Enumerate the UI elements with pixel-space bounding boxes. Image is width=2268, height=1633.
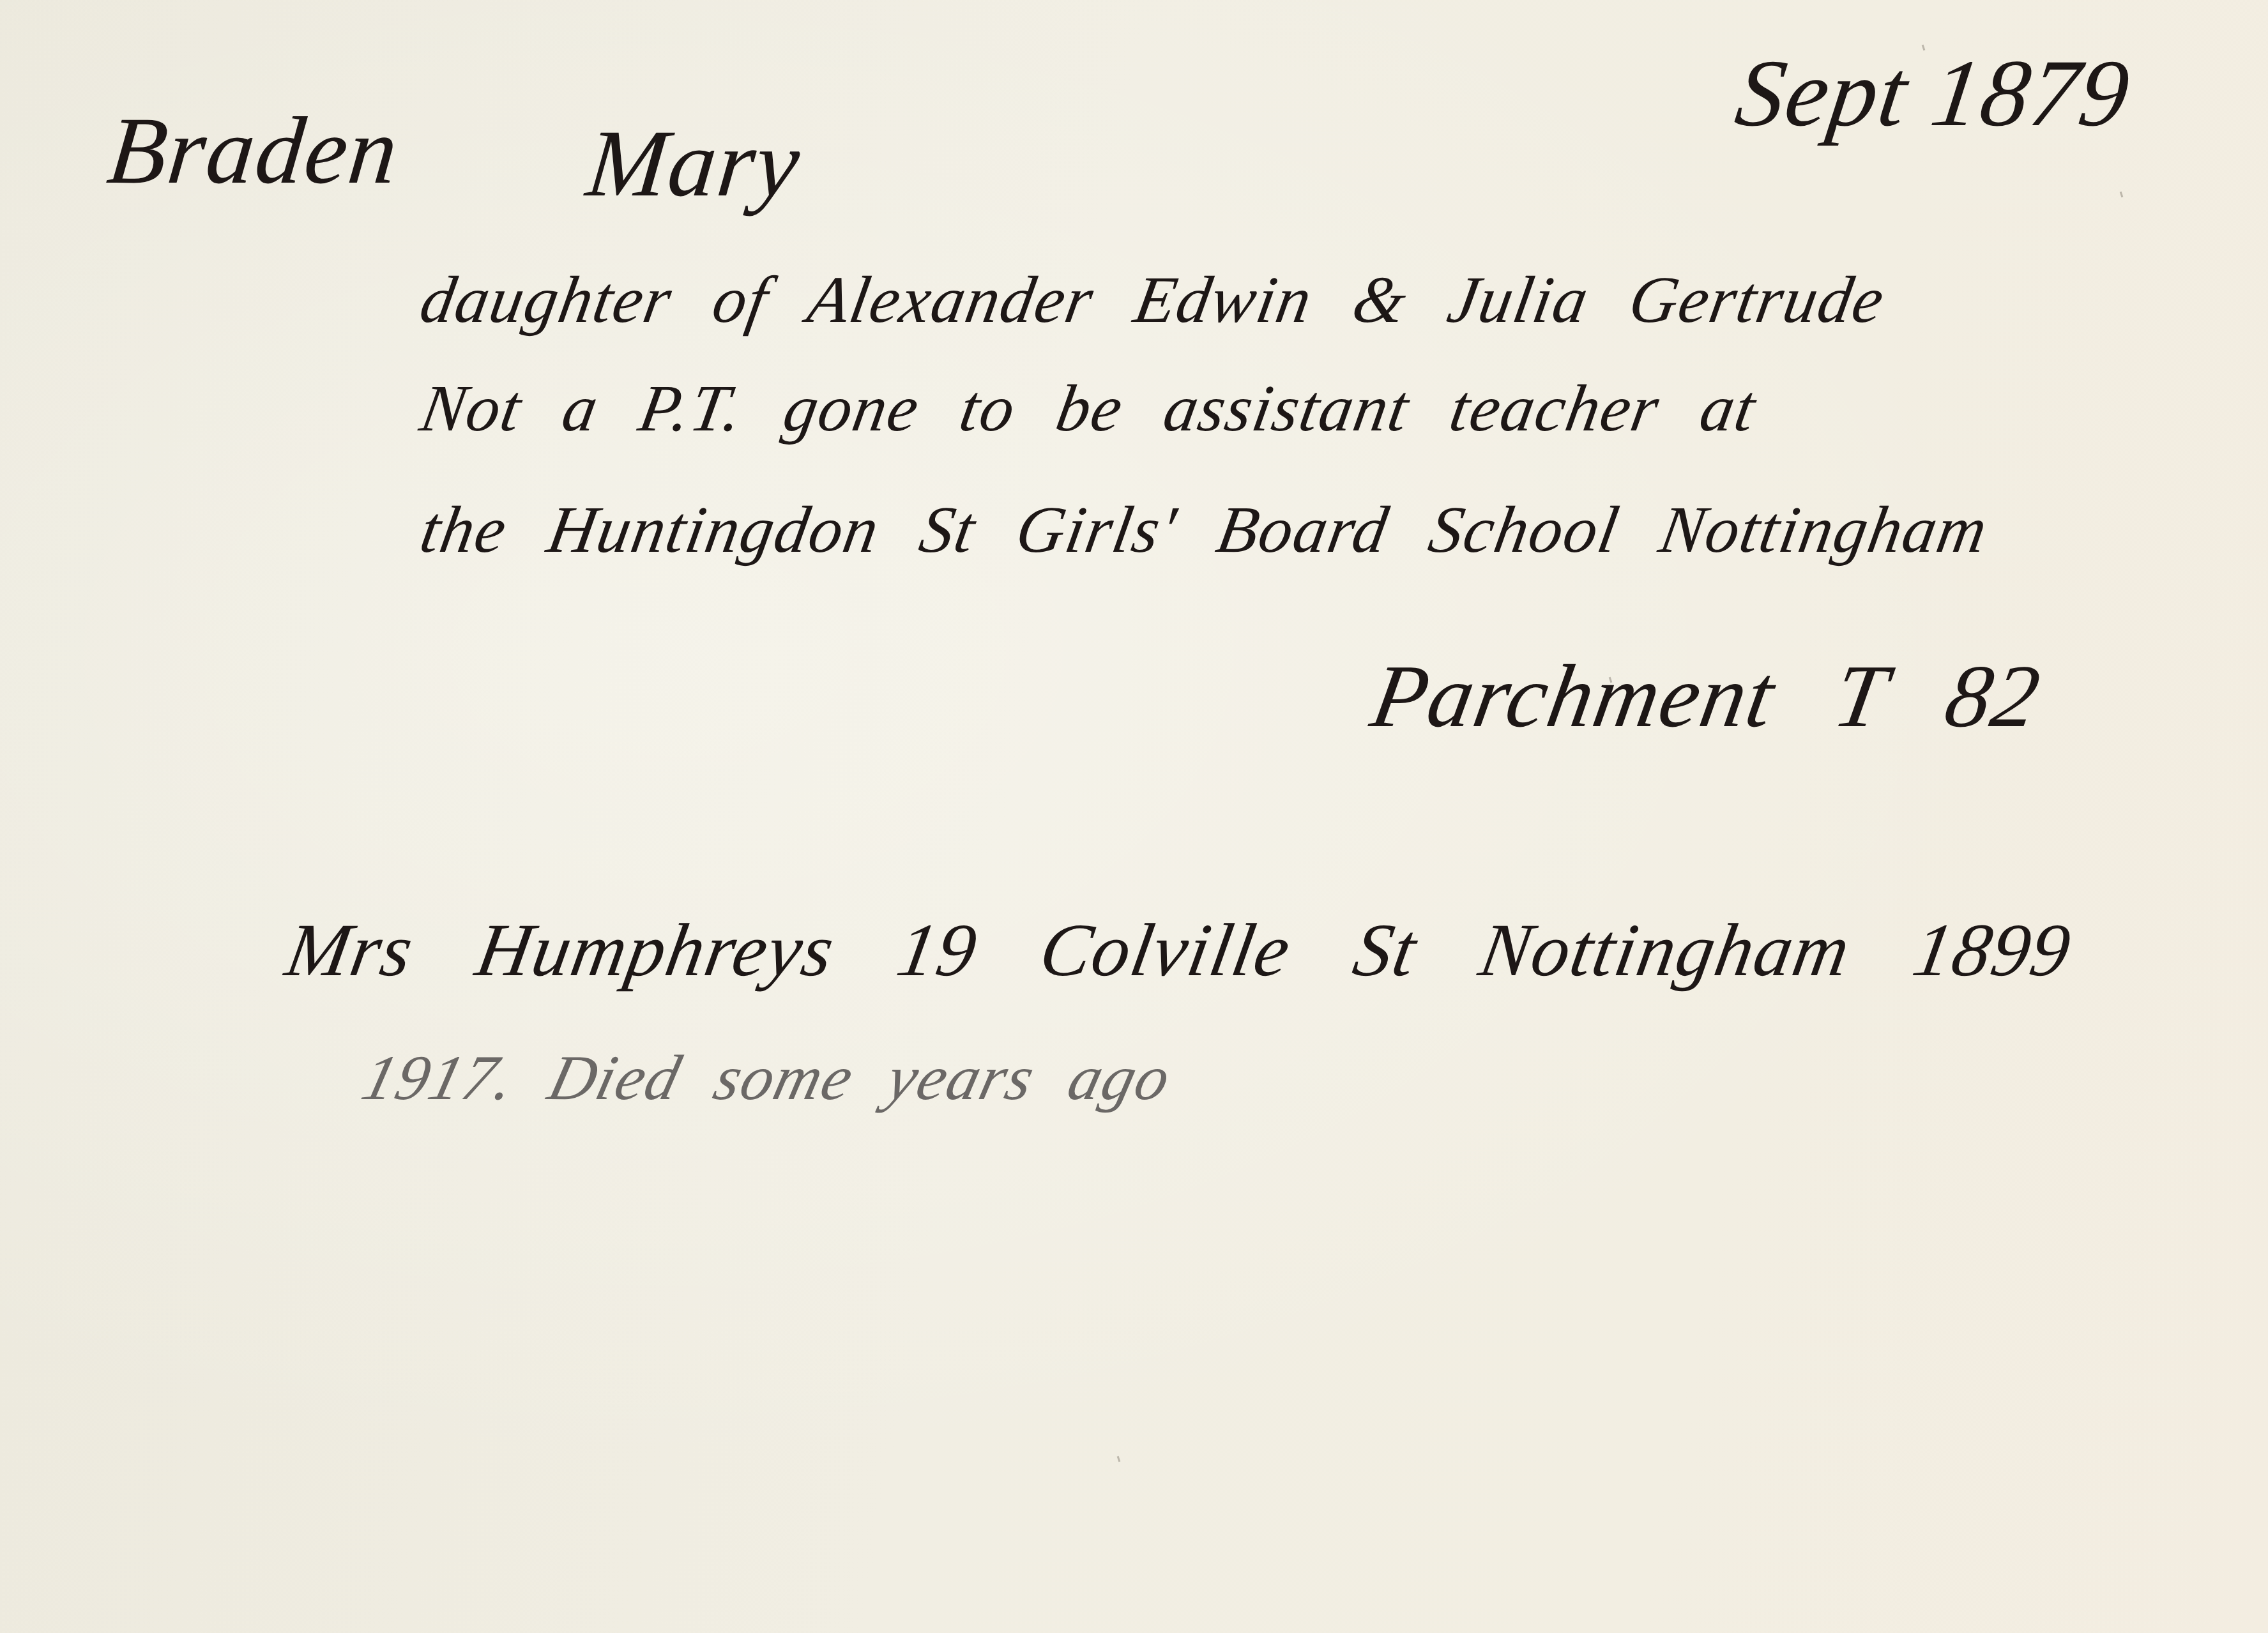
paper-speck [1117, 1456, 1121, 1462]
paper-speck [2120, 192, 2124, 197]
forename: Mary [582, 109, 806, 218]
later-address: Mrs Humphreys 19 Colville St Nottingham … [280, 907, 2078, 994]
status-line: Not a P.T. gone to be assistant teacher … [415, 370, 1763, 446]
parentage-line: daughter of Alexander Edwin & Julia Gert… [415, 262, 1891, 338]
entry-date: Sept 1879 [1730, 38, 2137, 148]
parchment-reference: Parchment T 82 [1364, 645, 2048, 748]
school-line: the Huntingdon St Girls' Board School No… [415, 492, 1994, 568]
pencil-annotation: 1917. Died some years ago [355, 1041, 1179, 1114]
register-page: Braden Mary Sept 1879 daughter of Alexan… [0, 0, 2268, 1633]
surname: Braden [103, 96, 404, 206]
